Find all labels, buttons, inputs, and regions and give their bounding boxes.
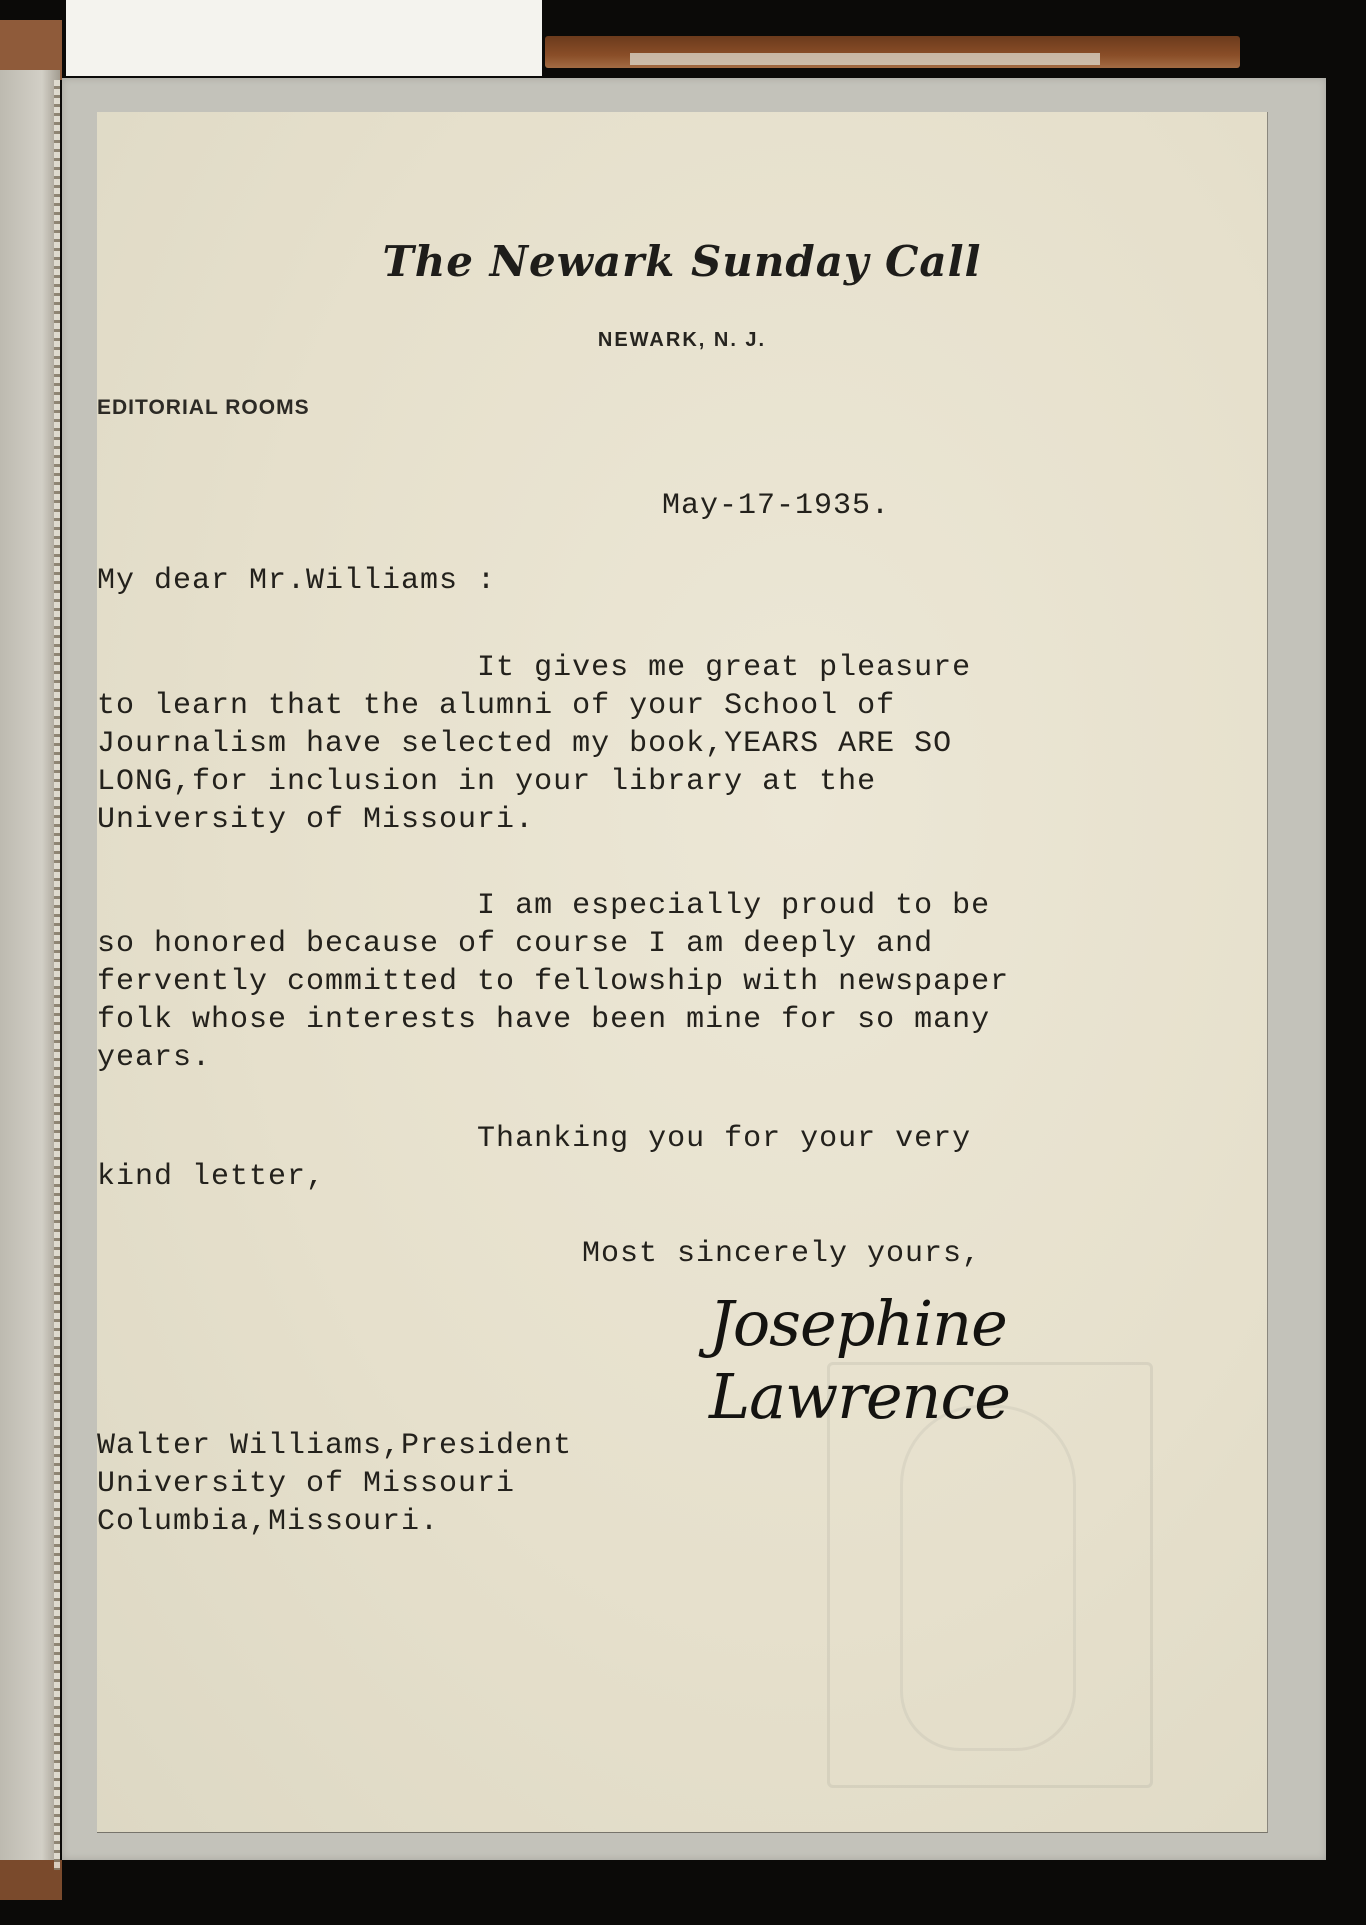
letter-date: May-17-1935. (662, 487, 890, 525)
book-spine-cloth-bottom (0, 1860, 62, 1900)
body-paragraph-1: It gives me great pleasure to learn that… (97, 649, 971, 839)
body-paragraph-2: I am especially proud to be so honored b… (97, 887, 1009, 1077)
salutation: My dear Mr.Williams : (97, 562, 496, 600)
letter-sheet: The Newark Sunday Call NEWARK, N. J. EDI… (97, 112, 1268, 1833)
blank-label-card (66, 0, 542, 76)
handwritten-signature: Josephine Lawrence (709, 1287, 1267, 1433)
complimentary-close: Most sincerely yours, (582, 1235, 981, 1273)
book-cover-edge (545, 36, 1240, 68)
letterhead-department: EDITORIAL ROOMS (97, 396, 310, 420)
closing-thanks: Thanking you for your very kind letter, (97, 1120, 971, 1196)
book-gutter (0, 70, 60, 1870)
binding-stitching (54, 80, 60, 1870)
letterhead-city: NEWARK, N. J. (97, 329, 1267, 352)
recipient-address: Walter Williams,President University of … (97, 1427, 572, 1541)
letterhead-title: The Newark Sunday Call (97, 237, 1267, 286)
